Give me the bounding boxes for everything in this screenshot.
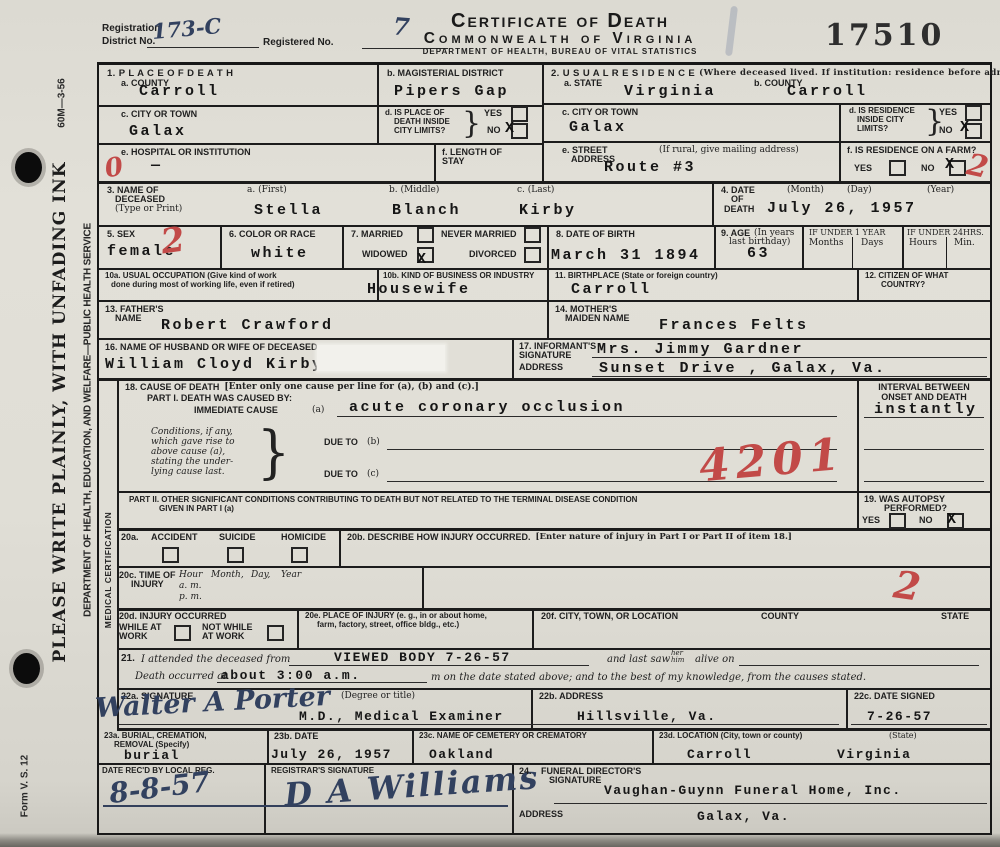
checkbox-divorced (524, 247, 541, 263)
checkbox-accident (162, 547, 179, 563)
injury-year-label: Year (281, 570, 301, 580)
residence-city-value: Galax (569, 119, 627, 136)
place-of-injury-label-2: farm, factory, street, office bldg., etc… (317, 620, 459, 630)
city-or-town-value: Galax (129, 123, 187, 140)
attended-num: 21. (121, 653, 135, 665)
residence-farm-no-label: NO (921, 163, 935, 174)
checkbox-never-married (524, 227, 541, 243)
divorced-label: DIVORCED (469, 249, 517, 260)
days-label: Days (861, 238, 883, 248)
funeral-director-num: 24. (519, 766, 532, 777)
attended-text-3: alive on (695, 654, 735, 665)
print-code: 60M—3-56 (57, 78, 68, 127)
mothers-name-value: Frances Felts (659, 317, 809, 334)
burial-state-note: (State) (889, 731, 917, 740)
attended-text-2: and last saw (607, 654, 670, 665)
time-of-injury-label-2: INJURY (131, 579, 164, 590)
occupation-label-2: done during most of working life, even i… (111, 280, 295, 290)
checkbox-place-limits-no: X (511, 123, 528, 139)
injury-month-label: Month, (211, 570, 244, 580)
street-address-note: (If rural, give mailing address) (659, 145, 799, 155)
write-plainly-note: PLEASE WRITE PLAINLY, WITH UNFADING INK (50, 161, 70, 662)
checkbox-residence-farm-yes (889, 160, 906, 176)
injury-time-annotation: 2 (891, 561, 923, 609)
funeral-home-value: Vaughan-Guynn Funeral Home, Inc. (604, 783, 902, 798)
city-or-town-label: c. CITY OR TOWN (121, 109, 197, 120)
sex-annotation: 2 (158, 220, 187, 263)
residence-farm-yes-label: YES (854, 163, 872, 174)
due-to-b-tag: (b) (367, 437, 380, 447)
checkbox-suicide (227, 547, 244, 563)
residence-limits-label-3: LIMITS? (857, 124, 888, 134)
informant-address-value: Sunset Drive , Galax, Va. (599, 360, 887, 377)
under-24hrs-label: IF UNDER 24HRS. (907, 228, 984, 237)
district-no-value: 173-C (151, 13, 222, 44)
cause-a-value: acute coronary occlusion (349, 399, 625, 416)
certificate-form: MEDICAL CERTIFICATION 1. P L A C E O F D… (97, 62, 992, 835)
bureau-line: DEPARTMENT OF HEALTH, BUREAU OF VITAL ST… (385, 47, 735, 57)
race-label: 6. COLOR OR RACE (229, 229, 316, 240)
injury-state-label: STATE (941, 611, 969, 622)
cemetery-label: 23c. NAME OF CEMETERY OR CREMATORY (419, 731, 587, 741)
cemetery-value: Oakland (429, 747, 494, 762)
married-label: 7. MARRIED (351, 229, 403, 240)
attended-text-1: I attended the deceased from (141, 654, 290, 665)
due-to-c-tag: (c) (367, 469, 379, 479)
injury-am-label: a. m. (179, 581, 201, 591)
residence-farm-label: f. IS RESIDENCE ON A FARM? (847, 145, 976, 156)
degree-title-typed: M.D., Medical Examiner (299, 709, 504, 724)
degree-title-note: (Degree or title) (341, 691, 415, 701)
checkbox-while-at-work (174, 625, 191, 641)
place-limits-no-label: NO (487, 125, 501, 136)
physician-address-label: 22b. ADDRESS (539, 691, 603, 702)
residence-county-value: Carroll (787, 83, 868, 100)
hospital-value: — (151, 157, 163, 174)
middle-name-value: Blanch (392, 202, 461, 219)
sex-label: 5. SEX (107, 229, 135, 240)
redaction-patch (317, 345, 445, 371)
cause-of-death-title: 18. CAUSE OF DEATH (125, 382, 219, 393)
name-of-deceased-label-3: (Type or Print) (115, 204, 182, 214)
autopsy-yes-label: YES (862, 515, 880, 526)
part2-label-2: GIVEN IN PART I (a) (159, 504, 234, 514)
date-of-death-value: July 26, 1957 (767, 200, 917, 217)
last-name-label: c. (Last) (517, 185, 554, 195)
husband-wife-value: William Cloyd Kirby (105, 356, 324, 373)
autopsy-no-mark: X (947, 511, 956, 528)
describe-injury-note: [Enter nature of injury in Part I or Par… (536, 532, 792, 543)
months-label: Months (809, 238, 843, 248)
accident-label: ACCIDENT (151, 532, 198, 543)
conditions-note-4: stating the under- (151, 457, 233, 467)
last-name-value: Kirby (519, 202, 577, 219)
homicide-label: HOMICIDE (281, 532, 326, 543)
autopsy-no-label: NO (919, 515, 933, 526)
cause-a-tag: (a) (312, 405, 324, 415)
residence-state-label: a. STATE (564, 78, 602, 89)
hospital-label: e. HOSPITAL OR INSTITUTION (121, 147, 251, 158)
middle-name-label: b. (Middle) (389, 185, 439, 195)
street-address-value: Route #3 (604, 159, 696, 176)
immediate-cause-label: IMMEDIATE CAUSE (194, 405, 278, 416)
funeral-director-label-2: SIGNATURE (549, 775, 601, 786)
death-day-label: (Day) (847, 185, 872, 195)
widowed-label: WIDOWED (362, 249, 408, 260)
margin-department-line: DEPARTMENT OF HEALTH, EDUCATION, AND WEL… (83, 223, 94, 617)
residence-state-value: Virginia (624, 83, 716, 100)
injury-county-label: COUNTY (761, 611, 799, 622)
burial-location-label: 23d. LOCATION (City, town or county) (659, 731, 802, 741)
informant-value: Mrs. Jimmy Gardner (597, 341, 804, 358)
burial-location-value: Carroll (687, 747, 752, 762)
injury-pm-label: p. m. (179, 592, 202, 602)
citizen-label-2: COUNTRY? (881, 280, 925, 290)
conditions-note-2: which gave rise to (151, 437, 235, 447)
punch-hole-bottom (13, 653, 40, 684)
informant-address-label: ADDRESS (519, 362, 563, 373)
age-value: 63 (747, 245, 770, 262)
fathers-name-value: Robert Crawford (161, 317, 334, 334)
husband-wife-label: 16. NAME OF HUSBAND OR WIFE OF DECEASED (105, 342, 318, 353)
race-value: white (251, 245, 309, 262)
burial-state-value: Virginia (837, 747, 911, 762)
checkbox-autopsy-yes (889, 513, 906, 529)
checkbox-widowed: X (417, 247, 434, 263)
checkbox-residence-limits-no: X (965, 123, 982, 139)
cause-of-death-note: [Enter only one cause per line for (a), … (224, 382, 479, 393)
usual-residence-note: (Where deceased lived. If institution: r… (699, 68, 1000, 79)
registered-no-label: Registered No. (263, 37, 334, 49)
birthplace-label: 11. BIRTHPLACE (State or foreign country… (555, 271, 718, 281)
medical-certification-label: MEDICAL CERTIFICATION (103, 512, 113, 628)
death-certificate-scan: 60M—3-56 PLEASE WRITE PLAINLY, WITH UNFA… (0, 0, 1000, 847)
business-industry-label: 10b. KIND OF BUSINESS OR INDUSTRY (383, 271, 534, 281)
injury-day-label: Day, (251, 570, 270, 580)
first-name-label: a. (First) (247, 185, 287, 195)
residence-limits-no-label: NO (939, 125, 953, 136)
fathers-name-label-2: NAME (115, 313, 142, 324)
part1-label: PART I. DEATH WAS CAUSED BY: (147, 393, 292, 404)
accident-num: 20a. (121, 532, 139, 543)
never-married-label: NEVER MARRIED (441, 229, 517, 240)
residence-limits-no-mark: X (960, 119, 969, 136)
checkbox-not-while-at-work (267, 625, 284, 641)
checkbox-married (417, 227, 434, 243)
burial-date-value: July 26, 1957 (271, 747, 392, 762)
burial-value: burial (124, 748, 180, 763)
date-of-birth-value: March 31 1894 (551, 247, 701, 264)
injury-occurred-label: 20d. INJURY OCCURRED (119, 611, 227, 622)
min-label: Min. (954, 238, 975, 248)
death-month-label: (Month) (787, 185, 824, 195)
interval-value: instantly (874, 401, 978, 418)
date-of-birth-label: 8. DATE OF BIRTH (556, 229, 635, 240)
injury-hour-label: Hour (179, 570, 202, 580)
date-signed-value: 7-26-57 (867, 709, 932, 724)
date-signed-label: 22c. DATE SIGNED (854, 691, 935, 702)
residence-farm-no-mark: X (945, 156, 954, 173)
conditions-note-5: lying cause last. (151, 467, 225, 477)
funeral-address-value: Galax, Va. (697, 809, 790, 824)
checkbox-homicide (291, 547, 308, 563)
date-of-death-label-3: DEATH (724, 204, 754, 215)
physician-address-value: Hillsville, Va. (577, 709, 717, 724)
serial-number-stamp: 17510 (825, 18, 944, 53)
due-to-c-label: DUE TO (324, 469, 358, 480)
residence-city-label: c. CITY OR TOWN (562, 107, 638, 118)
place-limits-yes-label: YES (484, 108, 502, 119)
hours-label: Hours (909, 238, 937, 248)
him-word: him (671, 657, 684, 664)
scan-edge-shadow (0, 833, 1000, 847)
place-limits-no-mark: X (505, 120, 514, 137)
punch-hole-top (15, 152, 42, 183)
describe-injury-label: 20b. DESCRIBE HOW INJURY OCCURRED. (347, 532, 531, 543)
funeral-address-label: ADDRESS (519, 809, 563, 820)
length-of-stay-label-2: STAY (442, 156, 465, 167)
attended-typed-dates: VIEWED BODY 7-26-57 (334, 650, 511, 665)
checkbox-autopsy-no: X (947, 513, 964, 529)
death-year-label: (Year) (927, 185, 954, 195)
conditions-brace: } (257, 420, 290, 486)
not-while-at-work-label-2: AT WORK (202, 631, 244, 642)
mothers-name-label-2: MAIDEN NAME (565, 313, 630, 324)
suicide-label: SUICIDE (219, 532, 256, 543)
death-time-typed: about 3:00 a.m. (221, 668, 361, 683)
magisterial-district-label: b. MAGISTERIAL DISTRICT (387, 68, 503, 79)
form-code: Form V. S. 12 (20, 755, 31, 817)
commonwealth-subtitle: Commonwealth of Virginia (385, 30, 735, 48)
birthplace-value: Carroll (571, 281, 652, 298)
place-limits-brace: } (462, 106, 481, 141)
death-occurred-text: Death occurred at (135, 671, 227, 682)
injury-city-label: 20f. CITY, TOWN, OR LOCATION (541, 611, 678, 622)
widowed-mark: X (417, 251, 426, 268)
due-to-b-label: DUE TO (324, 437, 358, 448)
while-at-work-label-2: WORK (119, 631, 148, 642)
residence-limits-yes-label: YES (939, 107, 957, 118)
informant-label-2: SIGNATURE (519, 350, 571, 361)
magisterial-district-value: Pipers Gap (394, 83, 509, 100)
conditions-note-1: Conditions, if any, (151, 427, 233, 437)
death-statement-text: m on the date stated above; and to the b… (431, 672, 866, 683)
under-1-year-label: IF UNDER 1 YEAR (809, 228, 885, 237)
red-code-annotation: 4201 (697, 429, 847, 493)
county-value: Carroll (139, 83, 220, 100)
first-name-value: Stella (254, 202, 323, 219)
business-industry-value: Housewife (367, 281, 471, 298)
place-limits-label-3: CITY LIMITS? (394, 126, 445, 136)
checkbox-residence-farm-no: X (949, 160, 966, 176)
burial-date-label: 23b. DATE (274, 731, 318, 742)
conditions-note-3: above cause (a), (151, 447, 225, 457)
